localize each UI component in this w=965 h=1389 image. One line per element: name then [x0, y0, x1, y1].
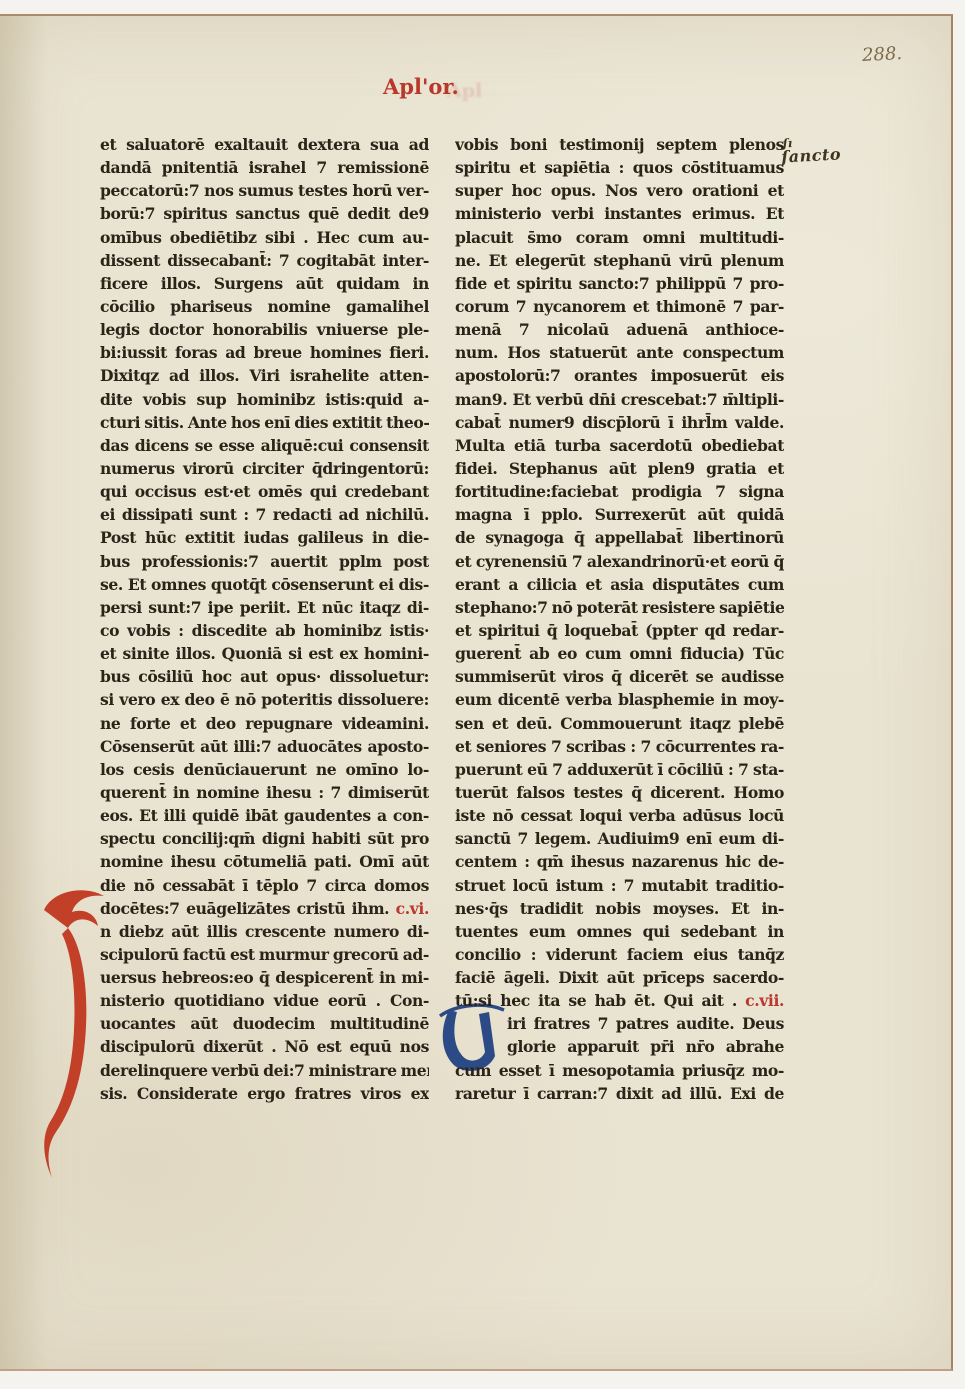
chapter-rubric: c.vii.: [737, 991, 784, 1010]
text-line-content: sen et deū. Commouerunt itaqz plebē: [455, 714, 784, 733]
text-line: summiserūt viros q̄ dicerēt se audisse: [455, 665, 784, 688]
text-line-content: et sinite illos. Quoniā si est ex homini…: [100, 644, 429, 663]
text-line-content: fortitudine:faciebat prodigia 7 signa: [455, 482, 784, 501]
text-line-content: cōcilio phariseus nomine gamalihel: [100, 297, 429, 316]
text-line: cturi sitis. Ante hos enī dies extitit t…: [100, 411, 429, 434]
text-line-content: super hoc opus. Nos vero orationi et: [455, 181, 784, 200]
text-line: stephano:7 nō poterāt resistere sapiētie: [455, 596, 784, 619]
text-line: vobis boni testimonij septem plenos: [455, 133, 784, 156]
text-line: querent̄ in nomine ihesu : 7 dimiserūt: [100, 781, 429, 804]
text-line-content: summiserūt viros q̄ dicerēt se audisse: [455, 667, 784, 686]
text-line-content: fide et spiritu sancto:7 philippū 7 pro-: [455, 274, 784, 293]
text-line: omībus obediētibz sibi . Hec cum au-: [100, 226, 429, 249]
text-line: ministerio verbi instantes erimus. Et: [455, 202, 784, 225]
text-line: eos. Et illi quidē ibāt gaudentes a con-: [100, 804, 429, 827]
text-line: die nō cessabāt ī tēplo 7 circa domos: [100, 874, 429, 897]
text-line: si vero ex deo ē nō poteritis dissoluere…: [100, 688, 429, 711]
text-line-content: et seniores 7 scribas : 7 cōcurrentes ra…: [455, 737, 784, 756]
text-line-content: Cōsenserūt aūt illi:7 aduocātes aposto-: [100, 737, 429, 756]
text-line-content: et cyrenensiū 7 alexandrinorū·et eorū q̄: [455, 552, 784, 571]
text-line: qui occisus est·et omēs qui credebant: [100, 480, 429, 503]
text-line-content: menā 7 nicolaū aduenā anthioce-: [455, 320, 784, 339]
text-line: persi sunt:7 ipe periit. Et nūc itaqz di…: [100, 596, 429, 619]
text-line-content: guerent̄ ab eo cum omni fiducia) Tūc: [455, 644, 784, 663]
text-line-content: scipulorū factū est murmur grecorū ad-: [100, 945, 429, 964]
text-line: derelinquere verbū dei:7 ministrare men-: [100, 1059, 429, 1082]
text-line: corum 7 nycanorem et thimonē 7 par-: [455, 295, 784, 318]
text-line: nisterio quotidiano vidue eorū . Con-: [100, 989, 429, 1012]
text-line: dite vobis sup hominibz istis:quid a-: [100, 388, 429, 411]
text-line: cōcilio phariseus nomine gamalihel: [100, 295, 429, 318]
text-line-content: vobis boni testimonij septem plenos: [455, 135, 784, 154]
text-line-content: tū:si hec ita se hab ēt. Qui ait .: [455, 991, 737, 1010]
text-line-content: uersus hebreos:eo q̄ despicerent̄ in mi-: [100, 968, 429, 987]
text-line: spiritu et sapiētia : quos cōstituamus: [455, 156, 784, 179]
text-line: eum dicentē verba blasphemie in moy-: [455, 688, 784, 711]
text-line-content: num. Hos statuerūt ante conspectum: [455, 343, 784, 362]
text-line: dissent dissecabant̄: 7 cogitabāt inter-: [100, 249, 429, 272]
text-line-content: querent̄ in nomine ihesu : 7 dimiserūt: [100, 783, 429, 802]
text-line: dandā pnitentiā israhel 7 remissionē: [100, 156, 429, 179]
text-line-content: faciē āgeli. Dixit aūt prīceps sacerdo-: [455, 968, 784, 987]
text-line-content: spectu concilij:qm̄ digni habiti sūt pro: [100, 829, 429, 848]
text-line: sen et deū. Commouerunt itaqz plebē: [455, 712, 784, 735]
illuminated-initial-i-icon: [36, 886, 110, 1186]
text-line-content: ne forte et deo repugnare videamini.: [100, 714, 429, 733]
text-line-content: se. Et omnes quotq̄t cōsenserunt ei dis-: [100, 575, 429, 594]
text-line-content: docētes:7 euāgelizātes cristū ihm.: [100, 899, 389, 918]
text-line-content: Multa etiā turba sacerdotū obediebat: [455, 436, 784, 455]
text-line-content: apostolorū:7 orantes imposuerūt eis: [455, 366, 784, 385]
text-line-content: glorie apparuit pr̄i nr̄o abrahe: [507, 1037, 784, 1056]
text-line-content: Dixitqz ad illos. Viri israhelite atten-: [100, 366, 429, 385]
text-line: iste nō cessat loqui verba adūsus locū: [455, 804, 784, 827]
text-line-content: bus cōsiliū hoc aut opus· dissoluetur:: [100, 667, 429, 686]
text-line-content: iste nō cessat loqui verba adūsus locū: [455, 806, 784, 825]
text-line: das dicens se esse aliquē:cui consensit: [100, 434, 429, 457]
text-line: et saluatorē exaltauit dextera sua ad: [100, 133, 429, 156]
text-line: menā 7 nicolaū aduenā anthioce-: [455, 318, 784, 341]
text-line: fortitudine:faciebat prodigia 7 signa: [455, 480, 784, 503]
text-line: Multa etiā turba sacerdotū obediebat: [455, 434, 784, 457]
text-line: peccatorū:7 nos sumus testes horū ver-: [100, 179, 429, 202]
text-line: bi:iussit foras ad breue homines fieri.: [100, 341, 429, 364]
text-line-content: cum esset ī mesopotamia priusq̄z mo-: [455, 1061, 784, 1080]
text-line-content: das dicens se esse aliquē:cui consensit: [100, 436, 429, 455]
text-line-content: uocantes aūt duodecim multitudinē: [100, 1014, 429, 1033]
text-line: Post hūc extitit iudas galileus in die-: [100, 526, 429, 549]
text-line: struet locū istum : 7 mutabit traditio-: [455, 874, 784, 897]
text-line: tuerūt falsos testes q̄ dicerent. Homo: [455, 781, 784, 804]
text-line: tuentes eum omnes qui sedebant in: [455, 920, 784, 943]
text-line-content: nomine ihesu cōtumeliā pati. Omī aūt: [100, 852, 429, 871]
text-line: n diebz aūt illis crescente numero di-: [100, 920, 429, 943]
text-line: man9. Et verbū dn̄i crescebat:7 m̄ltipli…: [455, 388, 784, 411]
text-line-content: cturi sitis. Ante hos enī dies extitit t…: [100, 413, 429, 432]
text-line-content: spiritu et sapiētia : quos cōstituamus: [455, 158, 784, 177]
text-line-content: sanctū 7 legem. Audiuim9 enī eum di-: [455, 829, 784, 848]
text-line: de synagoga q̄ appellabat̄ libertinorū: [455, 526, 784, 549]
text-line: Dixitqz ad illos. Viri israhelite atten-: [100, 364, 429, 387]
text-line-content: raretur ī carran:7 dixit ad illū. Exi de: [455, 1084, 784, 1103]
text-line: docētes:7 euāgelizātes cristū ihm. c.vi.: [100, 897, 429, 920]
text-line: erant a cilicia et asia disputātes cum: [455, 573, 784, 596]
text-line: uersus hebreos:eo q̄ despicerent̄ in mi-: [100, 966, 429, 989]
text-line-content: n diebz aūt illis crescente numero di-: [100, 922, 429, 941]
text-line-content: eum dicentē verba blasphemie in moy-: [455, 690, 784, 709]
text-line-content: et spiritui q̄ loquebat̄ (ppter qd redar…: [455, 621, 784, 640]
text-line-content: sis. Considerate ergo fratres viros ex: [100, 1084, 429, 1103]
text-line: tū:si hec ita se hab ēt. Qui ait . c.vii…: [455, 989, 784, 1012]
text-line-content: man9. Et verbū dn̄i crescebat:7 m̄ltipli…: [455, 390, 784, 409]
text-line: num. Hos statuerūt ante conspectum: [455, 341, 784, 364]
text-line-content: et saluatorē exaltauit dextera sua ad: [100, 135, 429, 154]
text-line-content: centem : qm̄ ihesus nazarenus hic de-: [455, 852, 784, 871]
margin-note-text: ſancto: [781, 144, 842, 166]
text-line: super hoc opus. Nos vero orationi et: [455, 179, 784, 202]
text-line-content: corum 7 nycanorem et thimonē 7 par-: [455, 297, 784, 316]
text-line: ficere illos. Surgens aūt quidam in: [100, 272, 429, 295]
text-line-content: concilio : viderunt faciem eius tanq̄z: [455, 945, 784, 964]
text-line: cum esset ī mesopotamia priusq̄z mo-: [455, 1059, 784, 1082]
text-line: los cesis denūciauerunt ne omīno lo-: [100, 758, 429, 781]
text-line-content: die nō cessabāt ī tēplo 7 circa domos: [100, 876, 429, 895]
text-line: apostolorū:7 orantes imposuerūt eis: [455, 364, 784, 387]
text-line-content: bus professionis:7 auertit pplm post: [100, 552, 429, 571]
text-line: fide et spiritu sancto:7 philippū 7 pro-: [455, 272, 784, 295]
text-line-content: stephano:7 nō poterāt resistere sapiētie: [455, 598, 784, 617]
text-line: spectu concilij:qm̄ digni habiti sūt pro: [100, 827, 429, 850]
text-line-content: ne. Et elegerūt stephanū virū plenum: [455, 251, 784, 270]
text-line-content: magna ī pplo. Surrexerūt aūt quidā: [455, 505, 784, 524]
text-line: guerent̄ ab eo cum omni fiducia) Tūc: [455, 642, 784, 665]
text-line: centem : qm̄ ihesus nazarenus hic de-: [455, 850, 784, 873]
text-line: ne forte et deo repugnare videamini.: [100, 712, 429, 735]
text-line-content: puerunt eū 7 adduxerūt ī cōciliū : 7 sta…: [455, 760, 784, 779]
text-line: magna ī pplo. Surrexerūt aūt quidā: [455, 503, 784, 526]
text-line: bus professionis:7 auertit pplm post: [100, 550, 429, 573]
text-line-content: derelinquere verbū dei:7 ministrare men-: [100, 1061, 429, 1080]
text-line-content: bi:iussit foras ad breue homines fieri.: [100, 343, 429, 362]
text-line-content: dissent dissecabant̄: 7 cogitabāt inter-: [100, 251, 429, 270]
text-line-content: legis doctor honorabilis vniuerse ple-: [100, 320, 429, 339]
text-line: ei dissipati sunt : 7 redacti ad nichilū…: [100, 503, 429, 526]
text-line: concilio : viderunt faciem eius tanq̄z: [455, 943, 784, 966]
text-line-content: qui occisus est·et omēs qui credebant: [100, 482, 429, 501]
text-line-content: fidei. Stephanus aūt plen9 gratia et: [455, 459, 784, 478]
text-line: puerunt eū 7 adduxerūt ī cōciliū : 7 sta…: [455, 758, 784, 781]
text-line: nomine ihesu cōtumeliā pati. Omī aūt: [100, 850, 429, 873]
text-line-content: omībus obediētibz sibi . Hec cum au-: [100, 228, 429, 247]
text-line: discipulorū dixerūt . Nō est equū nos: [100, 1035, 429, 1058]
text-line-content: struet locū istum : 7 mutabit traditio-: [455, 876, 784, 895]
text-line: glorie apparuit pr̄i nr̄o abrahe: [455, 1035, 784, 1058]
text-line-content: borū:7 spiritus sanctus quē dedit de9: [100, 204, 429, 223]
text-column-left: et saluatorē exaltauit dextera sua addan…: [100, 133, 429, 1105]
text-line: sanctū 7 legem. Audiuim9 enī eum di-: [455, 827, 784, 850]
text-line: et cyrenensiū 7 alexandrinorū·et eorū q̄: [455, 550, 784, 573]
text-line-content: discipulorū dixerūt . Nō est equū nos: [100, 1037, 429, 1056]
text-line-content: ministerio verbi instantes erimus. Et: [455, 204, 784, 223]
text-line: fidei. Stephanus aūt plen9 gratia et: [455, 457, 784, 480]
text-line: uocantes aūt duodecim multitudinē: [100, 1012, 429, 1035]
running-title-ghost: Apl: [447, 80, 482, 102]
text-line-content: nisterio quotidiano vidue eorū . Con-: [100, 991, 429, 1010]
text-line-content: cabat̄ numer9 discp̄lorū ī ihrl̄m valde.: [455, 413, 784, 432]
text-line-content: erant a cilicia et asia disputātes cum: [455, 575, 784, 594]
text-line: legis doctor honorabilis vniuerse ple-: [100, 318, 429, 341]
text-line: co vobis : discedite ab hominibz istis·: [100, 619, 429, 642]
text-line-content: persi sunt:7 ipe periit. Et nūc itaqz di…: [100, 598, 429, 617]
text-line-content: co vobis : discedite ab hominibz istis·: [100, 621, 429, 640]
text-line-content: numerus virorū circiter q̄dringentorū:: [100, 459, 429, 478]
text-line: iri fratres 7 patres audite. Deus: [455, 1012, 784, 1035]
folio-number: 288.: [861, 43, 902, 66]
text-line-content: ficere illos. Surgens aūt quidam in: [100, 274, 429, 293]
text-line: faciē āgeli. Dixit aūt prīceps sacerdo-: [455, 966, 784, 989]
text-line: se. Et omnes quotq̄t cōsenserunt ei dis-: [100, 573, 429, 596]
text-line: borū:7 spiritus sanctus quē dedit de9: [100, 202, 429, 225]
text-line-content: nes·q̄s tradidit nobis moyses. Et in-: [455, 899, 784, 918]
margin-note: ſı ſancto: [780, 134, 841, 163]
text-line: sis. Considerate ergo fratres viros ex: [100, 1082, 429, 1105]
text-line: ne. Et elegerūt stephanū virū plenum: [455, 249, 784, 272]
text-line-content: Post hūc extitit iudas galileus in die-: [100, 528, 429, 547]
chapter-rubric: c.vi.: [389, 899, 429, 918]
text-line-content: dite vobis sup hominibz istis:quid a-: [100, 390, 429, 409]
text-line: cabat̄ numer9 discp̄lorū ī ihrl̄m valde.: [455, 411, 784, 434]
text-line: placuit s̄mo coram omni multitudi-: [455, 226, 784, 249]
text-line: et spiritui q̄ loquebat̄ (ppter qd redar…: [455, 619, 784, 642]
text-line: scipulorū factū est murmur grecorū ad-: [100, 943, 429, 966]
text-line: raretur ī carran:7 dixit ad illū. Exi de: [455, 1082, 784, 1105]
text-line: numerus virorū circiter q̄dringentorū:: [100, 457, 429, 480]
text-line-content: si vero ex deo ē nō poteritis dissoluere…: [100, 690, 429, 709]
text-line-content: ei dissipati sunt : 7 redacti ad nichilū…: [100, 505, 429, 524]
text-line-content: peccatorū:7 nos sumus testes horū ver-: [100, 181, 429, 200]
text-line-content: tuentes eum omnes qui sedebant in: [455, 922, 784, 941]
manuscript-scan: { "page": { "running_title": "Apl'or.", …: [0, 0, 965, 1389]
text-line-content: eos. Et illi quidē ibāt gaudentes a con-: [100, 806, 429, 825]
text-line-content: placuit s̄mo coram omni multitudi-: [455, 228, 784, 247]
text-line-content: tuerūt falsos testes q̄ dicerent. Homo: [455, 783, 784, 802]
text-line-content: de synagoga q̄ appellabat̄ libertinorū: [455, 528, 784, 547]
text-line: et seniores 7 scribas : 7 cōcurrentes ra…: [455, 735, 784, 758]
text-line: et sinite illos. Quoniā si est ex homini…: [100, 642, 429, 665]
text-line: nes·q̄s tradidit nobis moyses. Et in-: [455, 897, 784, 920]
text-line: Cōsenserūt aūt illi:7 aduocātes aposto-: [100, 735, 429, 758]
text-column-right: vobis boni testimonij septem plenosspiri…: [455, 133, 784, 1105]
text-line-content: los cesis denūciauerunt ne omīno lo-: [100, 760, 429, 779]
text-line-content: iri fratres 7 patres audite. Deus: [507, 1014, 784, 1033]
text-line: bus cōsiliū hoc aut opus· dissoluetur:: [100, 665, 429, 688]
text-line-content: dandā pnitentiā israhel 7 remissionē: [100, 158, 429, 177]
